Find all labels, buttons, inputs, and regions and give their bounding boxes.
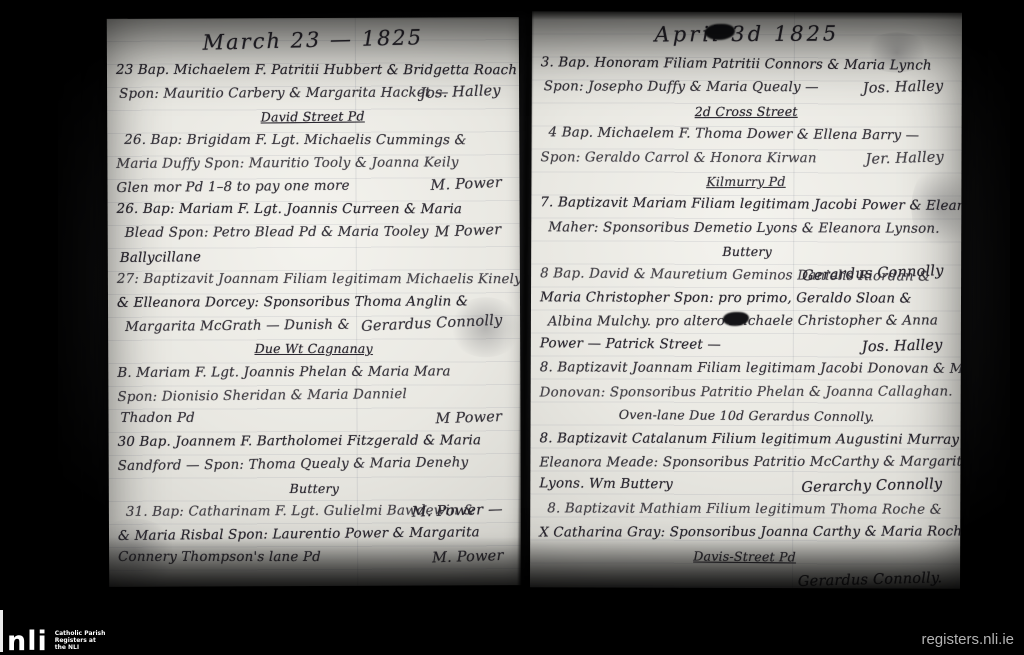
register-line-text: Ballycillane	[120, 250, 201, 266]
register-line: 23 Bap. Michaelem F. Patritii Hubbert & …	[116, 59, 509, 83]
register-line-text: Due Wt Cagnanay	[117, 337, 510, 361]
register-line: Spon: Dionisio Sheridan & Maria Danniel	[117, 382, 510, 409]
register-line-text: Lyons. Wm Buttery	[539, 477, 673, 493]
register-line-text: Power — Patrick Street —	[540, 336, 721, 353]
register-line: 8. Baptizavit Mathiam Filium legitimum T…	[539, 497, 950, 522]
register-line: Donovan: Sponsoribus Patritio Phelan & J…	[540, 380, 951, 404]
register-line-text: Spon: Dionisio Sheridan & Maria Danniel	[117, 387, 407, 405]
nli-caption-line: Catholic Parish	[55, 630, 106, 637]
register-line: 26. Bap: Mariam F. Lgt. Joannis Curreen …	[117, 198, 510, 222]
register-line-text: 8 Bap. David & Mauretium Geminos Danieli…	[540, 266, 930, 284]
register-line-text: 31. Bap: Catharinam F. Lgt. Gulielmi Baw…	[126, 503, 475, 520]
register-line: Due Wt Cagnanay	[117, 337, 510, 361]
register-line-text: 8. Baptizavit Mathiam Filium legitimum T…	[547, 501, 942, 517]
register-line: X Catharina Gray: Sponsoribus Joanna Car…	[539, 521, 950, 545]
page-heading-left: March 23 — 1825	[107, 23, 519, 57]
register-line-text: 4 Bap. Michaelem F. Thoma Dower & Ellena…	[549, 125, 920, 143]
register-line-signature: M Power	[435, 406, 502, 431]
register-line: ButteryM. Power —	[118, 476, 511, 500]
register-page-left: March 23 — 1825 23 Bap. Michaelem F. Pat…	[107, 17, 521, 587]
register-line: B. Mariam F. Lgt. Joannis Phelan & Maria…	[117, 360, 510, 385]
register-entries-left: 23 Bap. Michaelem F. Patritii Hubbert & …	[107, 58, 521, 570]
nli-logo-caption: Catholic Parish Registers at the NLI	[55, 630, 106, 653]
register-scan: March 23 — 1825 23 Bap. Michaelem F. Pat…	[58, 2, 1010, 622]
register-line-text: Spon: Mauritio Carbery & Margarita Hacke…	[119, 86, 449, 102]
register-line: 26. Bap: Brigidam F. Lgt. Michaelis Cumm…	[116, 128, 509, 152]
register-line: 4 Bap. Michaelem F. Thoma Dower & Ellena…	[540, 121, 951, 148]
register-line-signature: Jos. Halley	[863, 76, 944, 102]
register-line: Eleanora Meade: Sponsoribus Patritio McC…	[539, 450, 950, 474]
register-line-text: 3. Bap. Honoram Filiam Patritii Connors …	[541, 55, 932, 73]
register-line: 31. Bap: Catharinam F. Lgt. Gulielmi Baw…	[118, 499, 511, 524]
footer-bar: nli Catholic Parish Registers at the NLI…	[0, 622, 1024, 655]
register-line-text: Davis-Street Pd	[539, 543, 950, 570]
register-line-text: Blead Spon: Petro Blead Pd & Maria Toole…	[125, 225, 429, 241]
register-line: Margarita McGrath — Dunish &Gerardus Con…	[117, 312, 510, 339]
nli-logo: nli Catholic Parish Registers at the NLI	[7, 630, 105, 653]
register-line-text: Glen mor Pd 1–8 to pay one more	[116, 179, 349, 196]
register-line-text: Donovan: Sponsoribus Patritio Phelan & J…	[540, 384, 953, 400]
register-line-signature: Gerarchy Connolly	[801, 474, 943, 501]
register-line-text: Oven-lane Due 10d Gerardus Connolly.	[543, 402, 951, 429]
register-line: Maria Duffy Spon: Mauritio Tooly & Joann…	[116, 151, 509, 176]
register-line-text: Sandford — Spon: Thoma Quealy & Maria De…	[118, 456, 469, 475]
register-line: David Street Pd	[116, 103, 509, 130]
register-line-text: Thadon Pd	[121, 411, 195, 426]
register-line: 8. Baptizavit Joannam Filiam legitimam J…	[540, 357, 951, 382]
register-line-text: 2d Cross Street	[541, 99, 952, 123]
register-line-text: 30 Bap. Joannem F. Bartholomei Fitzgeral…	[118, 434, 482, 451]
register-entries-right: 3. Bap. Honoram Filiam Patritii Connors …	[530, 52, 962, 568]
register-page-right: April 3d 1825 3. Bap. Honoram Filiam Pat…	[530, 11, 962, 588]
register-line: Thadon PdM Power	[117, 407, 510, 431]
register-line: Kilmurry Pd	[540, 169, 951, 193]
register-line-text: B. Mariam F. Lgt. Joannis Phelan & Maria…	[117, 364, 450, 380]
register-line-text: Spon: Josepho Duffy & Maria Quealy —	[544, 80, 819, 96]
register-line: Spon: Mauritio Carbery & Margarita Hacke…	[116, 81, 509, 106]
nli-caption-line: Registers at	[55, 637, 106, 644]
register-line-signature: M. Power	[431, 545, 503, 571]
register-line-text: Maher: Sponsoribus Demetio Lyons & Elean…	[548, 220, 939, 236]
register-line: Sandford — Spon: Thoma Quealy & Maria De…	[118, 451, 511, 478]
register-line-text: X Catharina Gray: Sponsoribus Joanna Car…	[539, 525, 962, 541]
website-url: registers.nli.ie	[921, 631, 1014, 648]
register-line-text: Maria Duffy Spon: Mauritio Tooly & Joann…	[116, 155, 458, 171]
register-line-text: 7. Baptizavit Mariam Filiam legitimam Ja…	[540, 196, 962, 215]
register-line: 2d Cross Street	[541, 99, 952, 123]
register-line-signature: Jer. Halley	[865, 146, 944, 172]
register-line-signature: Jos. Halley	[862, 334, 943, 360]
register-line: 8 Bap. David & Mauretium Geminos Danieli…	[540, 262, 951, 289]
register-line-text: Margarita McGrath — Dunish &	[125, 318, 350, 335]
viewer-background: { "colors": { "background": "#000000", "…	[0, 0, 1024, 655]
register-line-text: 8. Baptizavit Joannam Filiam legitimam J…	[540, 361, 962, 378]
register-line: Oven-lane Due 10d Gerardus Connolly.	[540, 402, 951, 429]
nli-logo-text: nli	[7, 630, 48, 653]
nli-logo-edge-bar	[0, 610, 3, 652]
register-line: 7. Baptizavit Mariam Filiam legitimam Ja…	[540, 192, 951, 219]
register-line-text: Connery Thompson's lane Pd	[118, 550, 321, 565]
nli-caption-line: the NLI	[55, 644, 106, 651]
register-line-text: Kilmurry Pd	[540, 169, 951, 193]
page-heading-right: April 3d 1825	[532, 21, 962, 47]
register-line: Blead Spon: Petro Blead Pd & Maria Toole…	[117, 221, 510, 246]
register-line: 8. Baptizavit Catalanum Filium legitimum…	[539, 427, 950, 452]
register-line-signature: Gerardus Connolly.	[797, 567, 942, 589]
register-line: Glen mor Pd 1–8 to pay one moreM. Power	[116, 173, 509, 200]
register-line: ButteryGerardus Connolly	[540, 240, 951, 264]
register-line-text: & Elleanora Dorcey: Sponsoribus Thoma An…	[117, 294, 468, 311]
register-line-text: 26. Bap: Brigidam F. Lgt. Michaelis Cumm…	[124, 132, 466, 147]
register-line: Lyons. Wm ButteryGerarchy Connolly	[539, 473, 950, 500]
register-line: Spon: Geraldo Carrol & Honora KirwanJer.…	[540, 146, 951, 171]
register-line-text: 26. Bap: Mariam F. Lgt. Joannis Curreen …	[117, 202, 463, 217]
register-line: Connery Thompson's lane PdM. Power	[118, 546, 511, 570]
register-line: 3. Bap. Honoram Filiam Patritii Connors …	[541, 51, 952, 78]
register-line-text: David Street Pd	[116, 103, 509, 130]
register-line-text: Buttery	[118, 476, 511, 500]
register-line-text: & Maria Risbal Spon: Laurentio Power & M…	[118, 525, 480, 544]
register-line-signature: Gerardus Connolly	[360, 310, 502, 340]
register-line-signature: M. Power	[429, 172, 501, 198]
register-line-text: 27: Baptizavit Joannam Filiam legitimam …	[117, 272, 521, 287]
register-line: Ballycillane	[117, 243, 510, 270]
register-line: Power — Patrick Street —Jos. Halley	[540, 332, 951, 359]
register-line: 27: Baptizavit Joannam Filiam legitimam …	[117, 268, 510, 292]
register-line-text: 8. Baptizavit Catalanum Filium legitimum…	[539, 431, 962, 448]
register-line: & Maria Risbal Spon: Laurentio Power & M…	[118, 521, 511, 548]
register-line: Davis-Street PdGerardus Connolly.	[539, 543, 950, 570]
register-line: Maher: Sponsoribus Demetio Lyons & Elean…	[540, 216, 951, 241]
register-line-signature: M Power	[435, 219, 503, 245]
register-line-text: Spon: Geraldo Carrol & Honora Kirwan	[540, 150, 816, 166]
register-line: Maria Christopher Spon: pro primo, Geral…	[540, 286, 951, 311]
register-line-text: Buttery	[543, 240, 951, 264]
register-line-text: Eleanora Meade: Sponsoribus Patritio McC…	[539, 454, 962, 470]
register-line: Spon: Josepho Duffy & Maria Quealy —Jos.…	[541, 76, 952, 101]
register-line-text: Maria Christopher Spon: pro primo, Geral…	[540, 290, 912, 306]
register-line-text: 23 Bap. Michaelem F. Patritii Hubbert & …	[116, 63, 521, 78]
